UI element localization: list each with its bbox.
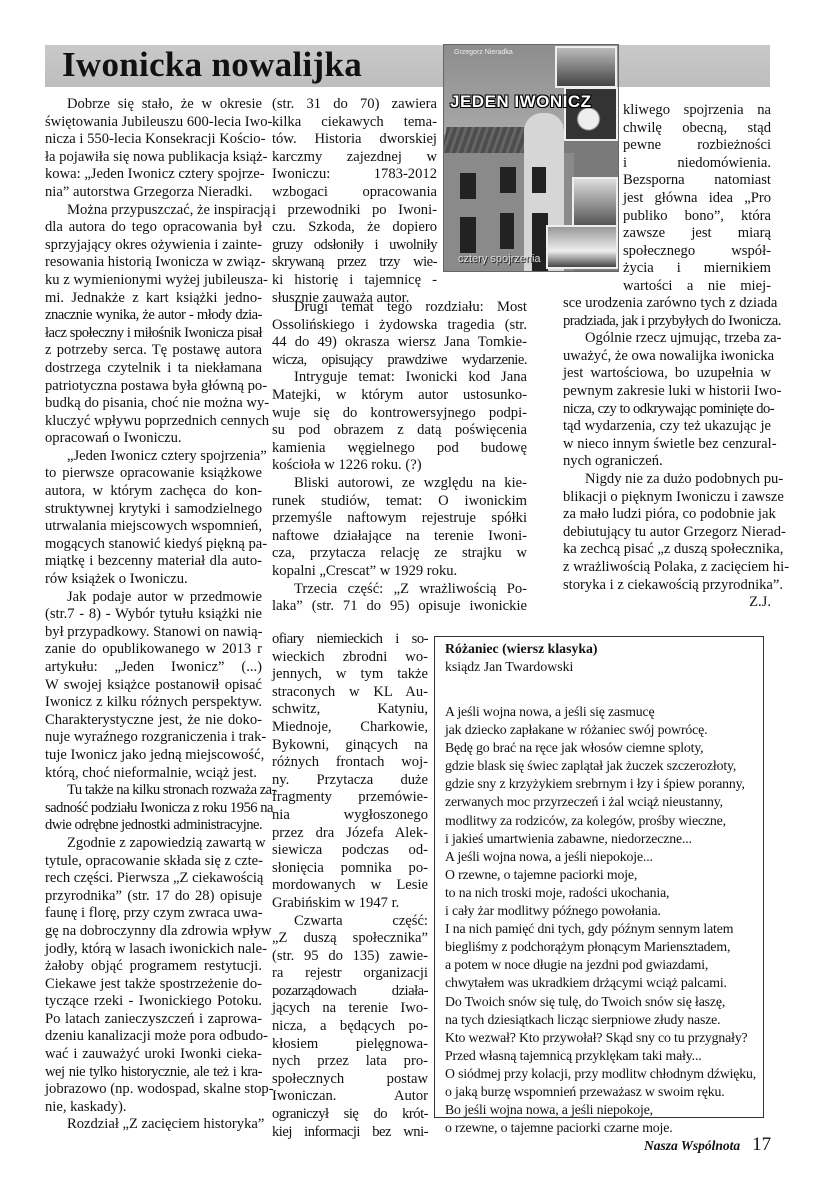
text-line: pozarządowach działa- [272, 983, 428, 1001]
cover-window [460, 217, 476, 253]
text-line: kilka ciekawych tema- [272, 114, 437, 132]
poem-line: chwytałem was ukradkiem drżącymi wciąż p… [445, 974, 756, 992]
text-line: karczmy zajezdnej w [272, 149, 437, 167]
article-title: Iwonicka nowalijka [62, 43, 362, 87]
cover-subtitle: cztery spojrzenia [458, 253, 541, 265]
text-line: su pod obrazem z datą poświęcenia [272, 422, 527, 440]
text-line: kościoła w 1226 roku. (?) [272, 457, 527, 475]
text-line: Z.J. [563, 594, 771, 612]
text-line: Intryguje temat: Iwonicki kod Jana [272, 369, 527, 387]
text-line: uważyć, że owa nowalijka iwonicka [563, 348, 771, 366]
text-line: wartości a nie miej- [623, 278, 771, 296]
text-line: nia wygłoszonego [272, 807, 428, 825]
article-column-2-mid: Drugi temat tego rozdziału: MostOssolińs… [272, 299, 527, 616]
text-line: Zgodnie z zapowiedzią zawartą w [45, 835, 262, 853]
text-line: nia” autorstwa Grzegorza Nieradki. [45, 184, 262, 202]
text-line: tów. Historia dworskiej [272, 131, 437, 149]
text-line: był przypadkowy. Stanowi on nawią- [45, 624, 262, 642]
text-line: straconych w KL Au- [272, 684, 428, 702]
text-line: kluczyć wpływu poprzednich cennych [45, 413, 262, 431]
text-line: Tu także na kilku stronach rozważa za- [45, 782, 262, 800]
article-column-1: Dobrze się stało, że w okresieświętowani… [45, 96, 262, 1134]
text-line: nicza, a będących po- [272, 1018, 428, 1036]
text-line: ka zechcą pisać „z duszą społecznika, [563, 541, 771, 559]
poem-line: gdzie blask się świec zaplątał jak żucze… [445, 757, 756, 775]
text-line: społecznego współ- [623, 243, 771, 261]
text-line: kopalni „Crescat” w 1929 roku. [272, 563, 527, 581]
text-line: kiej informacji bez wni- [272, 1124, 428, 1142]
cover-photo-building [546, 225, 618, 269]
text-line: ra rejestr organizacji [272, 965, 428, 983]
text-line: znacznie wynika, że autor - młody dzia- [45, 307, 262, 325]
page-number: 17 [752, 1134, 771, 1155]
text-line: utrwalania miejscowych wspomnień, [45, 518, 262, 536]
text-line: mordowanych w Lesie [272, 877, 428, 895]
text-line: „Z duszą społecznika” [272, 930, 428, 948]
text-line: i niedomówienia. [623, 155, 771, 173]
text-line: laka” (str. 71 do 95) opisuje iwonickie [272, 598, 527, 616]
text-line: runek studiów, temat: O iwonickim [272, 493, 527, 511]
text-line: dzeniu kanalizacji może pora odbudo- [45, 1028, 262, 1046]
poem-line: a potem w noce długie na jezdni pod gwia… [445, 956, 756, 974]
text-line: (str. 31 do 70) zawiera [272, 96, 437, 114]
text-line: Bliski autorowi, ze względu na kie- [272, 475, 527, 493]
text-line: chwilę obecną, stąd [623, 120, 771, 138]
text-line: nicza, czy to odkrywając pominięte do- [563, 401, 771, 419]
text-line: Dobrze się stało, że w okresie [45, 96, 262, 114]
text-line: Matejki, w którym autor ustosunko- [272, 387, 527, 405]
text-line: jest główna idea „Pro [623, 190, 771, 208]
text-line: żałoby objąć programem restytucji. [45, 958, 262, 976]
text-line: zanie do opublikowanego w 2013 r [45, 641, 262, 659]
text-line: publiko bono”, która [623, 208, 771, 226]
text-line: artykułu: „Jeden Iwonicz” (...) [45, 659, 262, 677]
poem-line: Bo jeśli wojna nowa, a jeśli niepokoje, [445, 1101, 756, 1119]
poem-line: gdzie sny z krzyżykiem srebrnym i łzy i … [445, 775, 756, 793]
poem-lines: A jeśli wojna nowa, a jeśli się zasmucęj… [445, 703, 756, 1137]
text-line: i przewodniki po Iwoni- [272, 202, 437, 220]
text-line: kłosiem pielęgnowa- [272, 1036, 428, 1054]
text-line: Bykowni, ginących na [272, 737, 428, 755]
poem-sidebar-box: Różaniec (wiersz klasyka) ksiądz Jan Twa… [434, 636, 764, 1118]
text-line: to pierwsze opracowanie książkowe [45, 465, 262, 483]
poem-line: i cały żar modlitwy późnego powołania. [445, 902, 756, 920]
text-line: rów książek o Iwoniczu. [45, 571, 262, 589]
text-line: Grabińskim w 1947 r. [272, 895, 428, 913]
text-line: fragmenty przemówie- [272, 789, 428, 807]
text-line: pewne rozbieżności [623, 137, 771, 155]
text-line: mogących stanowić kiedyś piękną pa- [45, 536, 262, 554]
text-line: z potrzeby serca. Tę postawę autora [45, 342, 262, 360]
text-line: opracowań o Iwoniczu. [45, 430, 262, 448]
text-line: patriotyczna postawa była główną po- [45, 378, 262, 396]
text-line: budką do pisania, choć nie można wy- [45, 395, 262, 413]
cover-window [532, 167, 546, 193]
text-line: nych ograniczeń. [563, 453, 771, 471]
text-line: ny. Przytacza duże [272, 772, 428, 790]
poem-line: A jeśli wojna nowa, a jeśli się zasmucę [445, 703, 756, 721]
text-line: 44 do 49) okrasza wiersz Jana Tomkie- [272, 334, 527, 352]
text-line: życia i miernikiem [623, 260, 771, 278]
text-line: sprzyjający okres ożywienia i zainte- [45, 237, 262, 255]
text-line: sadność podziału Iwonicza z roku 1956 na [45, 800, 262, 818]
text-line: jących na terenie Iwo- [272, 1000, 428, 1018]
text-line: dwie odrębne jednostki administracyjne. [45, 817, 262, 835]
text-line: tyczące rzeki - Iwonickiego Potoku. [45, 993, 262, 1011]
text-line: którą, choć nieformalnie, wciąż jest. [45, 765, 262, 783]
poem-line: biegliśmy z podchorążym płonącym Mariens… [445, 938, 756, 956]
text-line: nie, kaskady). [45, 1099, 262, 1117]
poem-line: I na nich pamięć dni tych, gdy późnym se… [445, 920, 756, 938]
poem-line: Kto wezwał? Kto przywołał? Skąd sny co t… [445, 1029, 756, 1047]
text-line: rech części. Pierwsza „Z ciekawością [45, 870, 262, 888]
text-line: faunę i florę, przy czym zwraca uwa- [45, 905, 262, 923]
text-line: jest wartościowa, bo uzupełnia w [563, 365, 771, 383]
text-line: W swojej książce postanowił opisać [45, 677, 262, 695]
text-line: ograniczył się do krót- [272, 1106, 428, 1124]
text-line: tuje Iwonicz jako jedną miejscowość, [45, 747, 262, 765]
text-line: ofiary niemieckich i so- [272, 631, 428, 649]
text-line: dostrzega czytelnik i ta niekłamana [45, 360, 262, 378]
text-line: Drugi temat tego rozdziału: Most [272, 299, 527, 317]
text-line: storyka i z ciekawością przyrodnika”. [563, 577, 771, 595]
text-line: blikacji o pięknym Iwoniczu i zawsze [563, 489, 771, 507]
poem-line: Przed własną tajemnicą przyklękam taki m… [445, 1047, 756, 1065]
cover-window [500, 213, 514, 249]
text-line: ku z wymienionymi wyżej jubileusza- [45, 272, 262, 290]
poem-line: na tych dziesiątkach licząc sierpniowe z… [445, 1011, 756, 1029]
text-line: nicza i 550-lecia Konsekracji Kościo- [45, 131, 262, 149]
text-line: jennych, w tym także [272, 666, 428, 684]
text-line: miątkę i bezcenny materiał dla auto- [45, 553, 262, 571]
text-line: pradziada, jak i przybyłych do Iwonicza. [563, 313, 771, 331]
text-line: Jak podaje autor w przedmowie [45, 589, 262, 607]
poem-line: Do Twoich snów się tulę, do Twoich snów … [445, 993, 756, 1011]
text-line: struktywnej krytyki i samodzielnego [45, 501, 262, 519]
poem-line: zerwanych moc przyrzeczeń i żal wciąż ni… [445, 793, 756, 811]
text-line: „Jeden Iwonicz cztery spojrzenia” [45, 448, 262, 466]
article-column-2-bottom: ofiary niemieckich i so-wieckich zbrodni… [272, 631, 428, 1141]
text-line: wej nie tylko historycznie, ale też i kr… [45, 1064, 262, 1082]
text-line: czu. Szkoda, że dopiero [272, 219, 437, 237]
poem-line: A jeśli wojna nowa, a jeśli niepokoje... [445, 848, 756, 866]
poem-line: o jaką burzę wspomnień przeważasz w swoi… [445, 1083, 756, 1101]
text-line: zawsze jest miarą [623, 225, 771, 243]
page-footer: Nasza Wspólnota 17 [644, 1134, 771, 1156]
text-line: społecznych postaw [272, 1071, 428, 1089]
text-line: (str.7 - 8) - Wybór tytułu książki nie [45, 606, 262, 624]
text-line: przez dra Józefa Alek- [272, 825, 428, 843]
text-line: przemyśle naftowym rejestruje spółki [272, 510, 527, 528]
text-line: sce urodzenia zarówno tych z dziada [563, 295, 771, 313]
poem-line: O rzewne, o tajemne paciorki moje, [445, 866, 756, 884]
text-line: Bezsporna natomiast [623, 172, 771, 190]
text-line: gę na dobroczynny dla zdrowia wpływ [45, 923, 262, 941]
text-line: ła pojawiła się nowa publikacja książ- [45, 149, 262, 167]
text-line: w nieco innym świetle bez cenzural- [563, 436, 771, 454]
text-line: świętowania Jubileuszu 600-lecia Iwo- [45, 114, 262, 132]
text-line: Miednoje, Charkowie, [272, 719, 428, 737]
text-line: Iwoniczan. Autor [272, 1088, 428, 1106]
cover-window [500, 167, 516, 193]
text-line: Ogólnie rzecz ujmując, trzeba za- [563, 330, 771, 348]
text-line: za mało ludzi pióra, co podobnie jak [563, 506, 771, 524]
text-line: z wrażliwością Polaka, z zacięciem hi- [563, 559, 771, 577]
text-line: Iwonicz z kilku różnych perspektyw. [45, 694, 262, 712]
text-line: Czwarta część: [272, 913, 428, 931]
text-line: przyrodnika” (str. 17 do 28) opisuje [45, 888, 262, 906]
poem-line: jak dziecko zapłakane w różaniec swój po… [445, 721, 756, 739]
text-line: Można przypuszczać, że inspiracją [45, 202, 262, 220]
cover-author: Grzegorz Nieradka [454, 49, 513, 56]
text-line: wuje się do kontrowersyjnego podpi- [272, 405, 527, 423]
poem-line: Będę go brać na ręce jak włosów ciemne s… [445, 739, 756, 757]
text-line: mi. Jednakże z kart książki jedno- [45, 290, 262, 308]
poem-line: O siódmej przy kolacji, przy modlitw chł… [445, 1065, 756, 1083]
text-line: pewnym zakresie luki w historii Iwo- [563, 383, 771, 401]
text-line: Nigdy nie za dużo podobnych pu- [563, 471, 771, 489]
text-line: różnych frontach woj- [272, 754, 428, 772]
text-line: jobrazowo (np. wodospad, skalne stop- [45, 1081, 262, 1099]
poem-line: i jakieś umartwienia zabawne, niedorzecz… [445, 830, 756, 848]
text-line: siewicza podczas od- [272, 842, 428, 860]
text-line: (str. 95 do 135) zawie- [272, 948, 428, 966]
text-line: wicza, opisujący prawdziwe wydarzenie. [272, 352, 527, 370]
poem-title: Różaniec (wiersz klasyka) [445, 641, 598, 657]
text-line: nuje wyraźnego rozgraniczenia i trak- [45, 729, 262, 747]
text-line: nych przez lata pro- [272, 1053, 428, 1071]
text-line: łacz społeczny i miłośnik Iwonicza pisał [45, 325, 262, 343]
text-line: cza, przytacza relację ze strajku w [272, 545, 527, 563]
text-line: wieckich zbrodni wo- [272, 649, 428, 667]
text-line: Ciekawe jest także spostrzeżenie do- [45, 976, 262, 994]
text-line: debiutujący tu autor Grzegorz Nierad- [563, 524, 771, 542]
text-line: kliwego spojrzenia na [623, 102, 771, 120]
book-cover-image: Grzegorz Nieradka JEDEN IWONICZ cztery s… [443, 44, 619, 272]
text-line: naftowe działające na terenie Iwoni- [272, 528, 527, 546]
text-line: resowania historią Iwonicza w związ- [45, 254, 262, 272]
text-line: jodły, którą w lasach iwonickich nale- [45, 941, 262, 959]
text-line: tąd wydarzenia, czy też ukazując je [563, 418, 771, 436]
text-line: schwitz, Katyniu, [272, 701, 428, 719]
cover-title: JEDEN IWONICZ [450, 92, 592, 112]
text-line: autora, w którym zachęca do kon- [45, 483, 262, 501]
text-line: gruzy odsłoniły i uwolniły [272, 237, 437, 255]
poem-line: to na nich troski moje, radości ukochani… [445, 884, 756, 902]
text-line: Charakterystyczne jest, że nie doko- [45, 712, 262, 730]
text-line: kamienia węgielnego pod budowę [272, 440, 527, 458]
text-line: Iwoniczu: 1783-2012 [272, 166, 437, 184]
article-column-2-top: (str. 31 do 70) zawierakilka ciekawych t… [272, 96, 437, 307]
cover-photo-cross [572, 177, 618, 227]
text-line: dla autora do tego opracowania był [45, 219, 262, 237]
text-line: ki historię i tajemnicę - [272, 272, 437, 290]
text-line: tytule, opracowanie składa się z czte- [45, 853, 262, 871]
text-line: Po latach zanieczyszczeń i zaprowa- [45, 1011, 262, 1029]
text-line: Rozdział „Z zacięciem historyka” [45, 1116, 262, 1134]
poem-line: modlitwy za rodziców, za kolegów, prośby… [445, 812, 756, 830]
magazine-name: Nasza Wspólnota [644, 1138, 740, 1153]
article-column-3-bottom: sce urodzenia zarówno tych z dziadapradz… [563, 295, 771, 612]
text-line: Trzecia część: „Z wrażliwością Po- [272, 581, 527, 599]
text-line: skrywaną przez trzy wie- [272, 254, 437, 272]
cover-window [460, 173, 476, 199]
text-line: wzbogaci opracowania [272, 184, 437, 202]
poem-author: ksiądz Jan Twardowski [445, 659, 573, 675]
article-column-3-top: kliwego spojrzenia nachwilę obecną, stąd… [623, 102, 771, 296]
text-line: Ossolińskiego i żydowska tragedia (str. [272, 317, 527, 335]
text-line: wać i zauważyć uroki Iwonki cieka- [45, 1046, 262, 1064]
text-line: kowa: „Jeden Iwonicz cztery spojrze- [45, 166, 262, 184]
text-line: słonięcia pomnika po- [272, 860, 428, 878]
cover-photo-landscape [555, 46, 617, 88]
